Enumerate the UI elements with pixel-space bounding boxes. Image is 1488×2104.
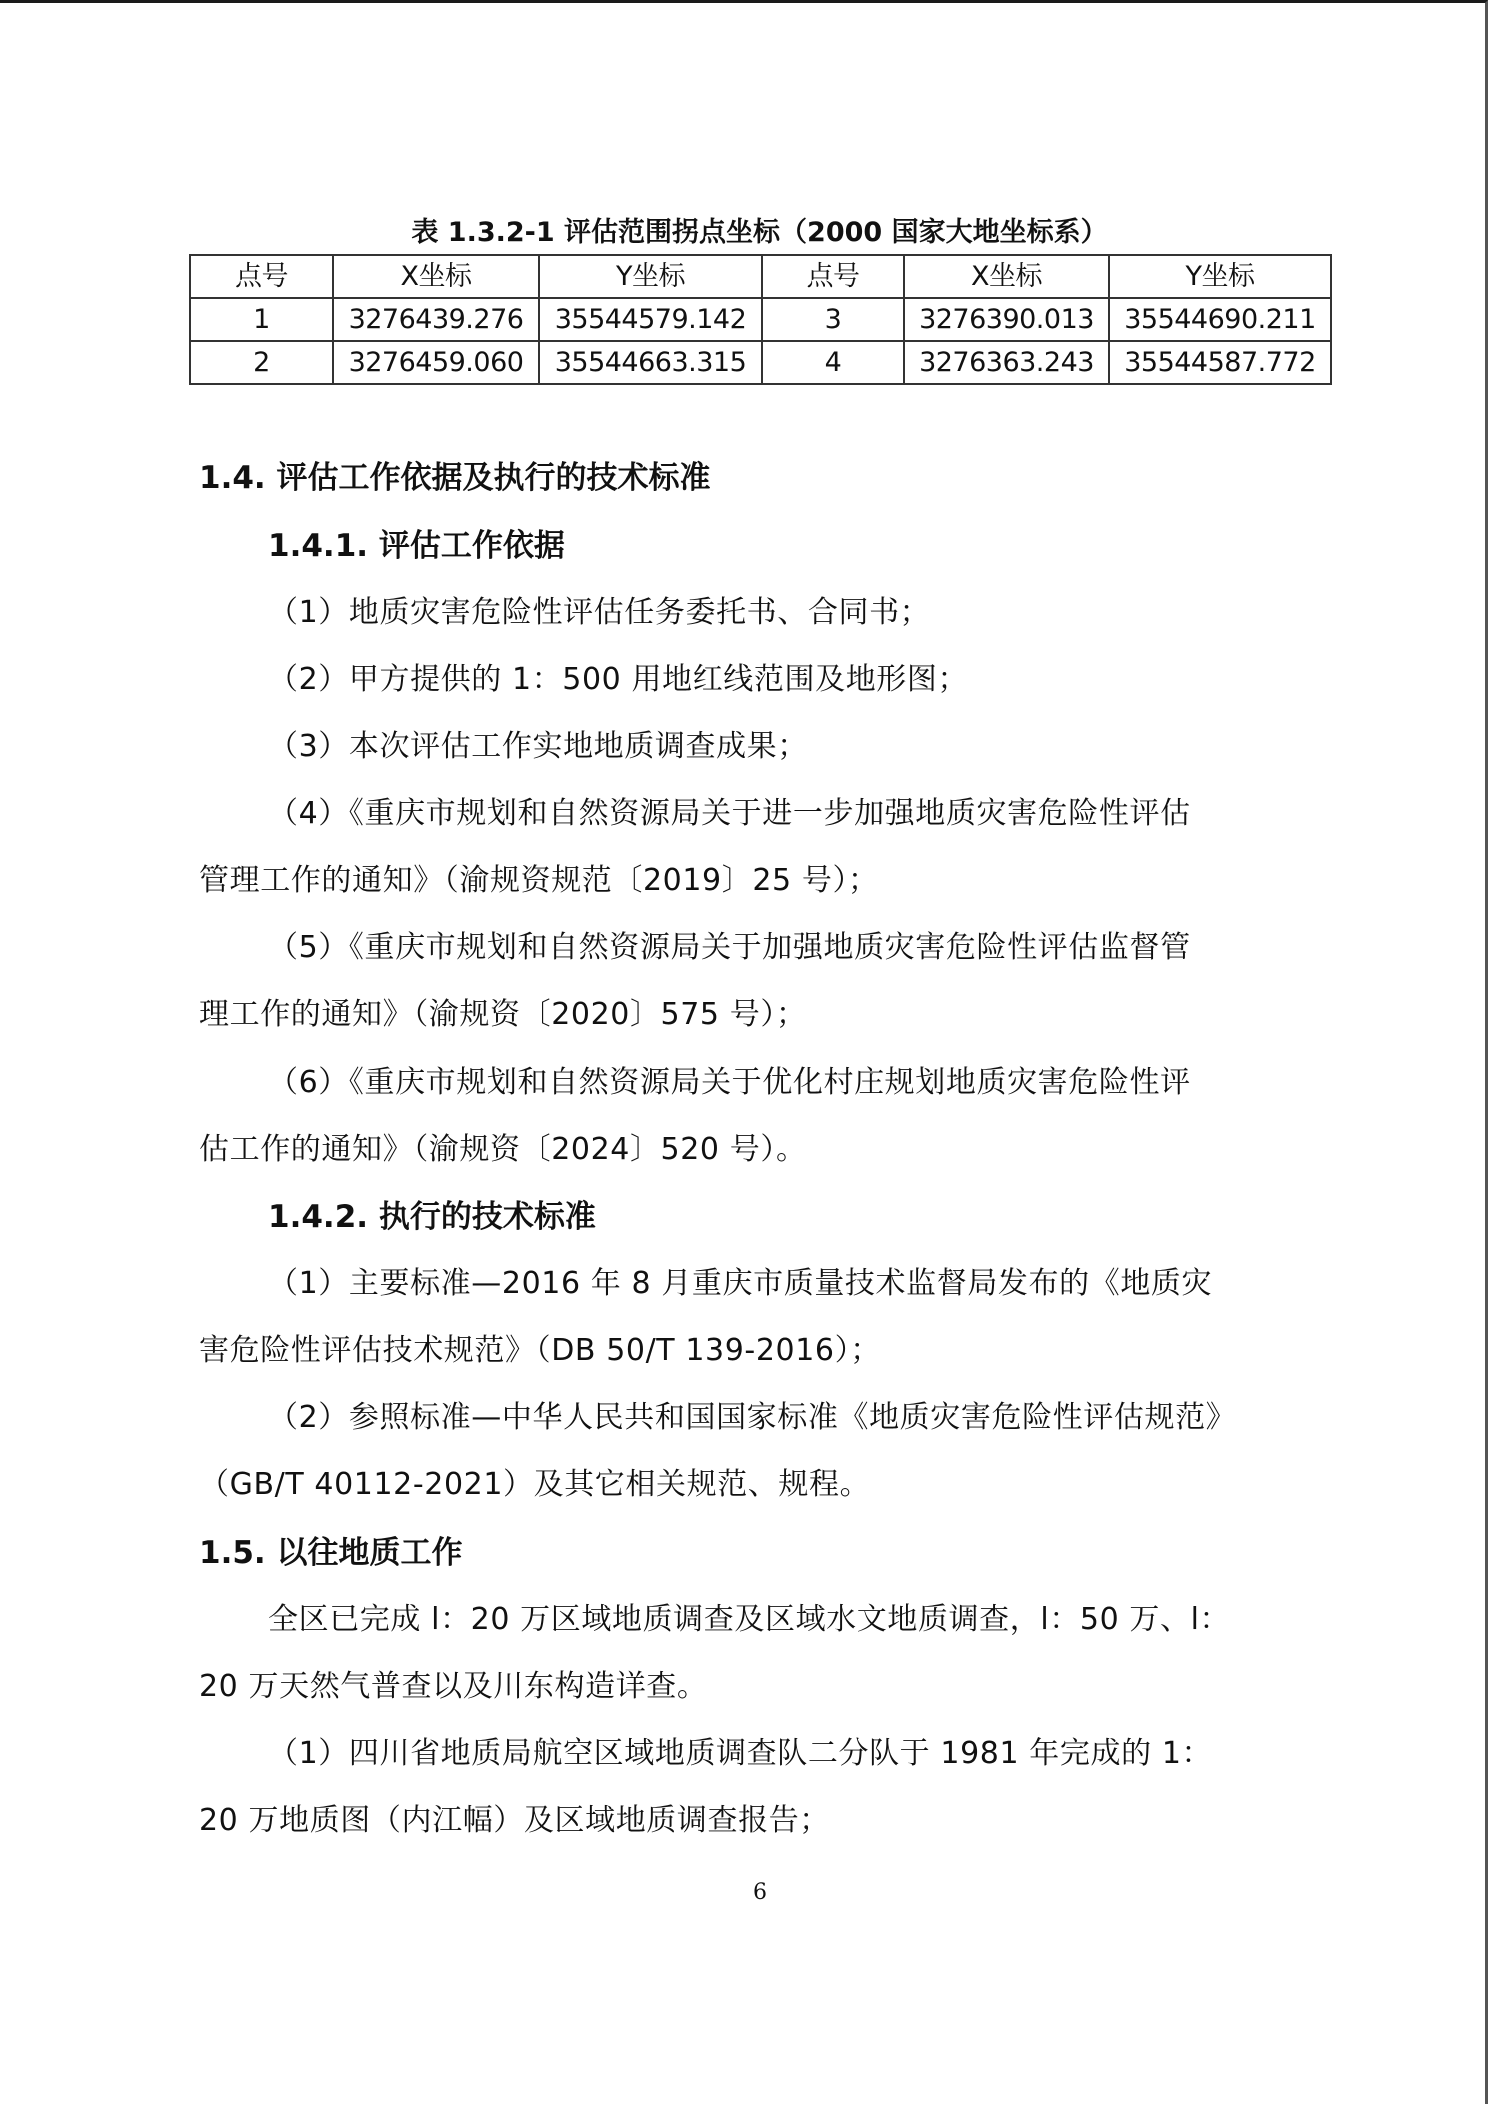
- basis-item-6-line-1: （6）《重庆市规划和自然资源局关于优化村庄规划地质灾害危险性评: [268, 1063, 1329, 1103]
- page-number: 6: [0, 1879, 1488, 1907]
- header-x-coord: X坐标: [333, 255, 539, 298]
- section-heading-1-4: 1.4. 评估工作依据及执行的技术标准: [199, 458, 710, 498]
- basis-item-4-line-1: （4）《重庆市规划和自然资源局关于进一步加强地质灾害危险性评估: [268, 794, 1329, 834]
- document-page: 表 1.3.2-1 评估范围拐点坐标（2000 国家大地坐标系） 点号 X坐标 …: [0, 0, 1488, 2104]
- basis-item-1: （1）地质灾害危险性评估任务委托书、合同书；: [268, 593, 1329, 633]
- previous-work-item-1-line-1: （1）四川省地质局航空区域地质调查队二分队于 1981 年完成的 1：: [268, 1734, 1329, 1774]
- section-heading-1-5: 1.5. 以往地质工作: [199, 1533, 462, 1573]
- table-cell: 4: [762, 341, 904, 384]
- table-cell: 2: [190, 341, 333, 384]
- table-cell: 35544587.772: [1109, 341, 1331, 384]
- header-y-coord: Y坐标: [1109, 255, 1331, 298]
- table-caption: 表 1.3.2-1 评估范围拐点坐标（2000 国家大地坐标系）: [189, 215, 1330, 251]
- header-point-no: 点号: [190, 255, 333, 298]
- subsection-heading-1-4-1: 1.4.1. 评估工作依据: [268, 526, 565, 566]
- header-point-no: 点号: [762, 255, 904, 298]
- previous-work-item-1-line-2: 20 万地质图（内江幅）及区域地质调查报告；: [199, 1801, 1329, 1841]
- standard-item-2-line-1: （2）参照标准—中华人民共和国国家标准《地质灾害危险性评估规范》: [268, 1398, 1329, 1438]
- basis-item-4-line-2: 管理工作的通知》（渝规资规范〔2019〕25 号）；: [199, 861, 1329, 901]
- previous-work-line-1: 全区已完成 l：20 万区域地质调查及区域水文地质调查，l：50 万、l：: [268, 1600, 1329, 1640]
- table-cell: 3276390.013: [904, 298, 1109, 341]
- basis-item-2: （2）甲方提供的 1：500 用地红线范围及地形图；: [268, 660, 1329, 700]
- header-y-coord: Y坐标: [539, 255, 762, 298]
- coordinate-table: 点号 X坐标 Y坐标 点号 X坐标 Y坐标 1 3276439.276 3554…: [189, 254, 1332, 385]
- table-cell: 35544663.315: [539, 341, 762, 384]
- standard-item-1-line-1: （1）主要标准—2016 年 8 月重庆市质量技术监督局发布的《地质灾: [268, 1264, 1329, 1304]
- table-cell: 1: [190, 298, 333, 341]
- standard-item-2-line-2: （GB/T 40112-2021）及其它相关规范、规程。: [199, 1465, 1329, 1505]
- header-x-coord: X坐标: [904, 255, 1109, 298]
- table-row: 2 3276459.060 35544663.315 4 3276363.243…: [190, 341, 1331, 384]
- table-cell: 3: [762, 298, 904, 341]
- table-cell: 3276459.060: [333, 341, 539, 384]
- basis-item-3: （3）本次评估工作实地地质调查成果；: [268, 727, 1329, 767]
- table-cell: 3276363.243: [904, 341, 1109, 384]
- table-cell: 3276439.276: [333, 298, 539, 341]
- table-cell: 35544579.142: [539, 298, 762, 341]
- basis-item-5-line-2: 理工作的通知》（渝规资〔2020〕575 号）；: [199, 995, 1329, 1035]
- previous-work-line-2: 20 万天然气普查以及川东构造详查。: [199, 1667, 1329, 1707]
- basis-item-5-line-1: （5）《重庆市规划和自然资源局关于加强地质灾害危险性评估监督管: [268, 928, 1329, 968]
- table-cell: 35544690.211: [1109, 298, 1331, 341]
- table-row: 1 3276439.276 35544579.142 3 3276390.013…: [190, 298, 1331, 341]
- subsection-heading-1-4-2: 1.4.2. 执行的技术标准: [268, 1197, 596, 1237]
- standard-item-1-line-2: 害危险性评估技术规范》（DB 50/T 139-2016）；: [199, 1331, 1329, 1371]
- basis-item-6-line-2: 估工作的通知》（渝规资〔2024〕520 号）。: [199, 1130, 1329, 1170]
- table-header-row: 点号 X坐标 Y坐标 点号 X坐标 Y坐标: [190, 255, 1331, 298]
